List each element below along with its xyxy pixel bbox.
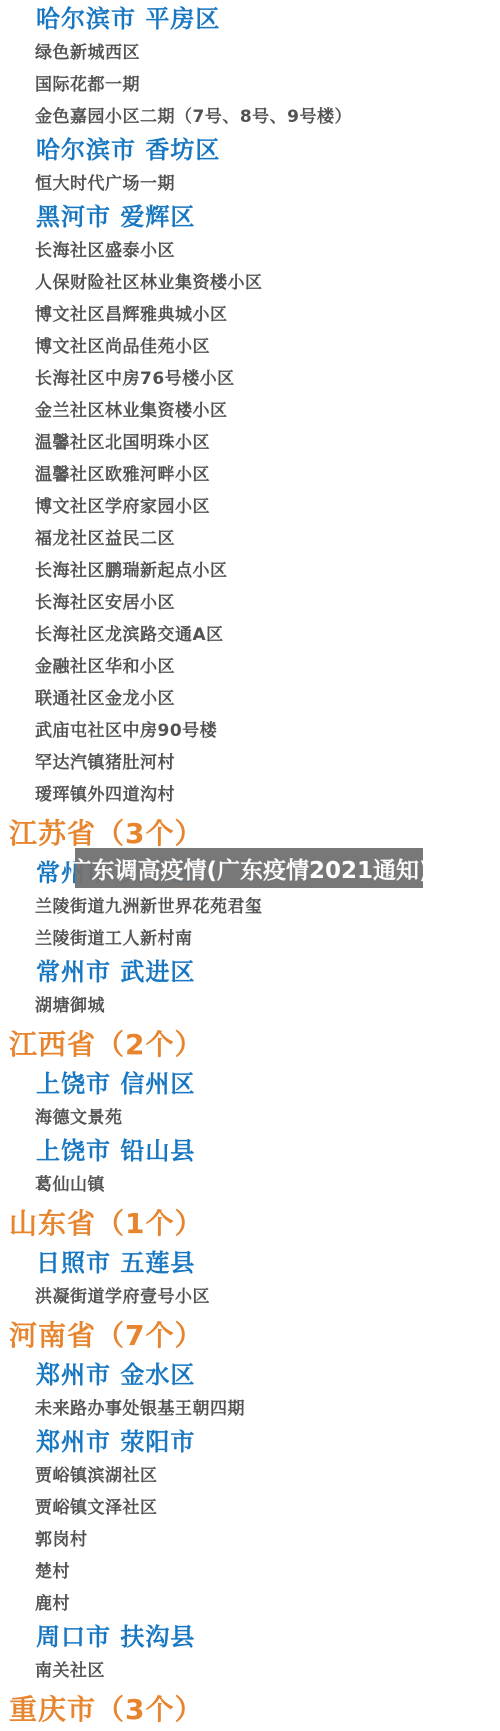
community-item: 郭岗村 [0,1524,500,1556]
community-item: 葛仙山镇 [0,1169,500,1201]
community-item: 博文社区昌辉雅典城小区 [0,299,500,331]
community-item: 鹿村 [0,1588,500,1620]
community-item: 长海社区龙滨路交通A区 [0,619,500,651]
city-district-header: 上饶市 铅山县 [0,1134,500,1169]
community-item: 南关社区 [0,1655,500,1687]
community-item: 金兰社区林业集资楼小区 [0,395,500,427]
province-header: 江西省（2个） [0,1022,500,1067]
community-item: 兰陵街道工人新村南 [0,923,500,955]
title-overlay-text: 广东调高疫情(广东疫情2021通知) [68,852,429,885]
community-item: 洪凝街道学府壹号小区 [0,1281,500,1313]
community-item: 武庙屯社区中房90号楼 [0,715,500,747]
community-item: 博文社区学府家园小区 [0,491,500,523]
community-item: 贾峪镇文泽社区 [0,1492,500,1524]
community-item: 温馨社区北国明珠小区 [0,427,500,459]
community-item: 温馨社区欧雅河畔小区 [0,459,500,491]
community-item: 联通社区金龙小区 [0,683,500,715]
community-item: 国际花都一期 [0,69,500,101]
community-item: 瑷珲镇外四道沟村 [0,779,500,811]
community-item: 长海社区鹏瑞新起点小区 [0,555,500,587]
community-item: 楚村 [0,1556,500,1588]
community-item: 博文社区尚品佳苑小区 [0,331,500,363]
community-item: 绿色新城西区 [0,37,500,69]
community-item: 金融社区华和小区 [0,651,500,683]
community-item: 未来路办事处银基王朝四期 [0,1393,500,1425]
city-district-header: 郑州市 金水区 [0,1358,500,1393]
city-district-header: 黑河市 爱辉区 [0,200,500,235]
community-item: 贾峪镇滨湖社区 [0,1460,500,1492]
city-district-header: 哈尔滨市 平房区 [0,2,500,37]
city-district-header: 上饶市 信州区 [0,1067,500,1102]
city-district-header: 常州市 武进区 [0,955,500,990]
community-item: 福龙社区益民二区 [0,523,500,555]
community-item: 海德文景苑 [0,1102,500,1134]
community-item: 兰陵街道九洲新世界花苑君玺 [0,891,500,923]
title-overlay-banner: 广东调高疫情(广东疫情2021通知) [75,848,423,888]
province-header: 河南省（7个） [0,1313,500,1358]
city-district-header: 周口市 扶沟县 [0,1620,500,1655]
community-item: 长海社区盛泰小区 [0,235,500,267]
city-district-header: 日照市 五莲县 [0,1246,500,1281]
city-district-header: 郑州市 荥阳市 [0,1425,500,1460]
community-item: 恒大时代广场一期 [0,168,500,200]
community-item: 金色嘉园小区二期（7号、8号、9号楼） [0,101,500,133]
province-header: 重庆市（3个） [0,1687,500,1731]
community-item: 长海社区中房76号楼小区 [0,363,500,395]
community-item: 人保财险社区林业集资楼小区 [0,267,500,299]
community-item: 罕达汽镇猪肚河村 [0,747,500,779]
city-district-header: 哈尔滨市 香坊区 [0,133,500,168]
community-item: 长海社区安居小区 [0,587,500,619]
community-item: 湖塘御城 [0,990,500,1022]
province-header: 山东省（1个） [0,1201,500,1246]
